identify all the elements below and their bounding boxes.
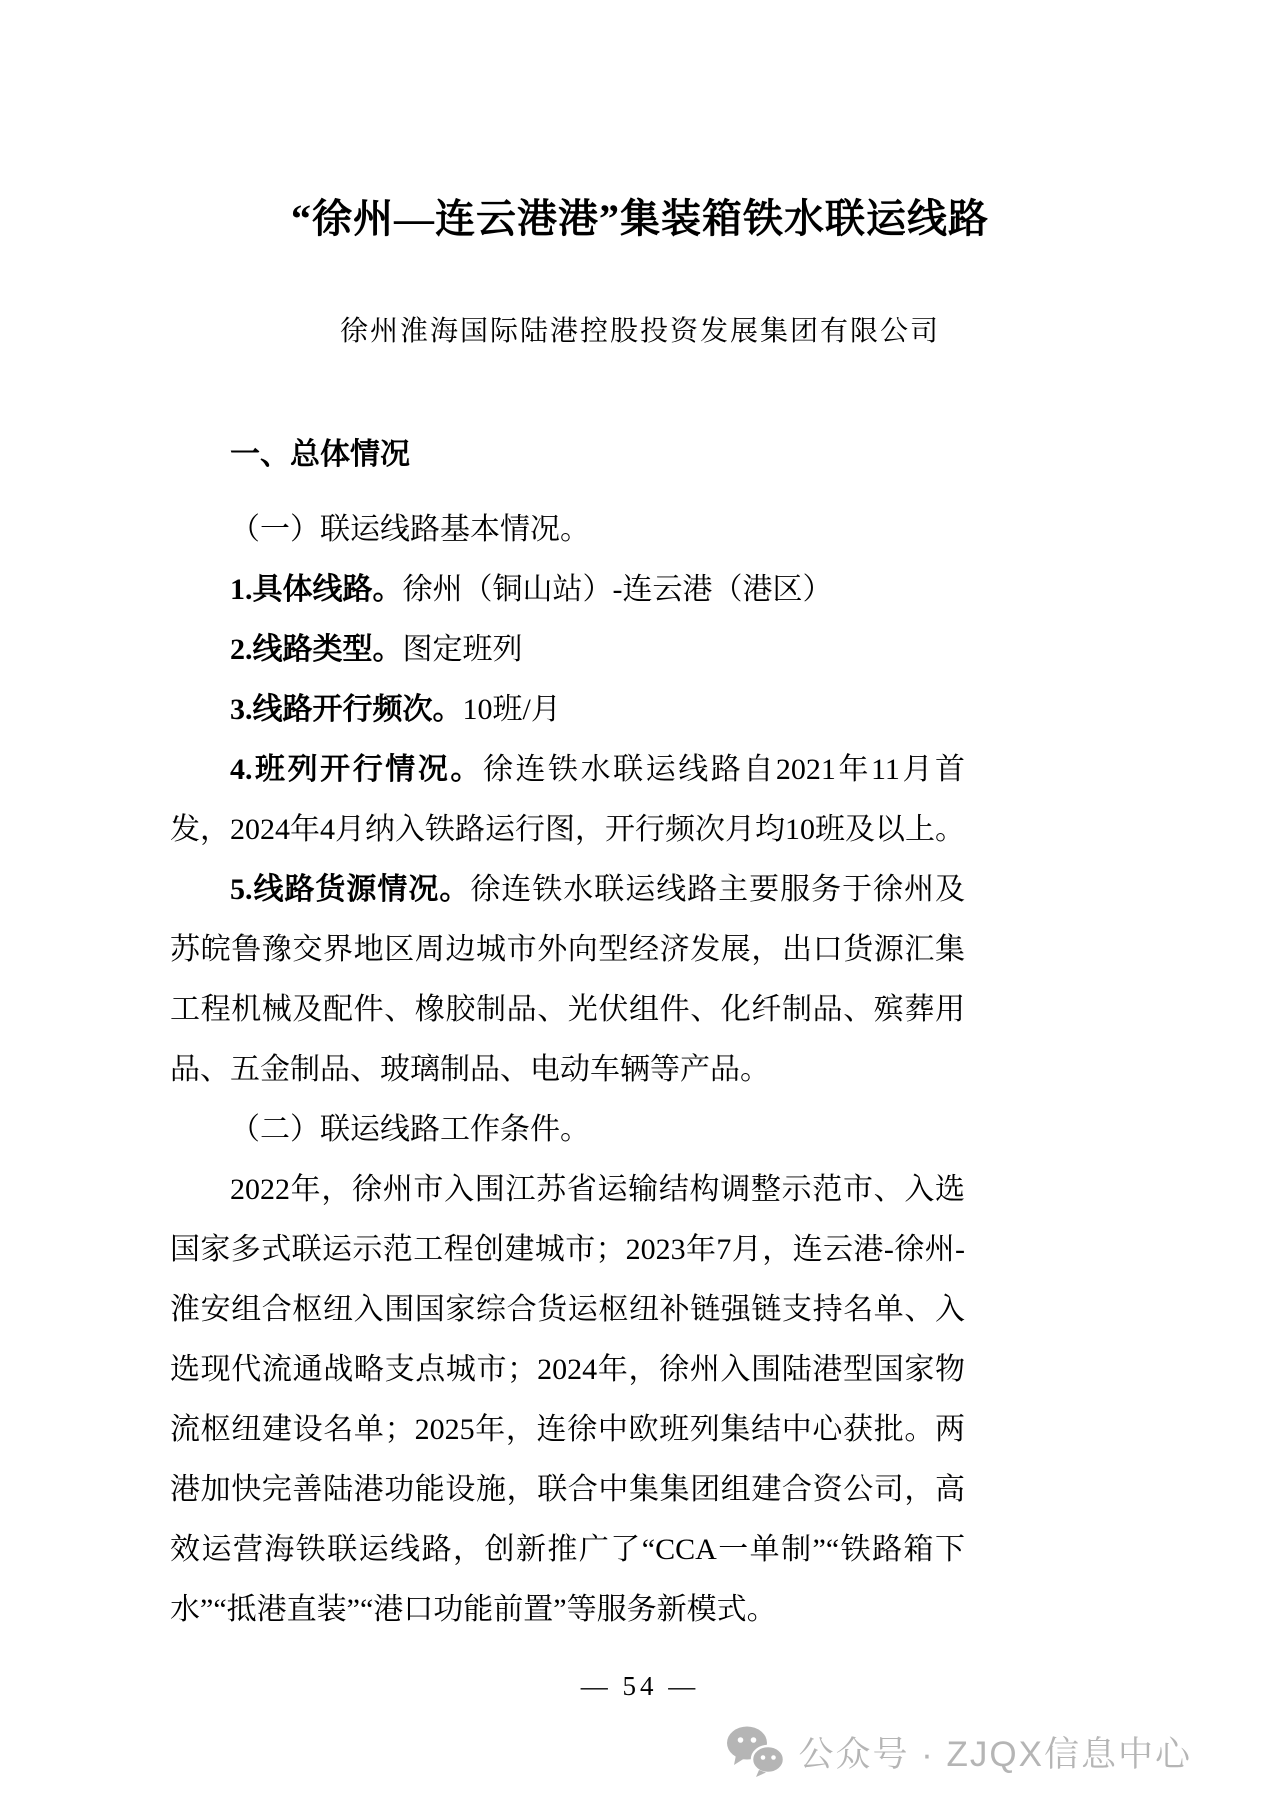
doc-body: 一、总体情况 （一）联运线路基本情况。 1.具体线路。徐州（铜山站）-连云港（港… — [170, 425, 965, 1640]
item-line-type-text: 图定班列 — [403, 633, 523, 666]
work-conditions-paragraph: 2022年，徐州市入围江苏省运输结构调整示范市、入选国家多式联运示范工程创建城市… — [170, 1160, 965, 1640]
item-frequency-text: 10班/月 — [463, 693, 561, 726]
item-operation-status-label: 4.班列开行情况。 — [230, 753, 483, 786]
subsection-2-heading: （二）联运线路工作条件。 — [170, 1100, 965, 1160]
watermark: 公众号 · ZJQX信息中心 — [726, 1726, 1192, 1778]
subsection-1-heading: （一）联运线路基本情况。 — [170, 500, 965, 560]
item-cargo-sources: 5.线路货源情况。徐连铁水联运线路主要服务于徐州及苏皖鲁豫交界地区周边城市外向型… — [170, 860, 965, 1100]
page-number: — 54 — — [0, 1662, 1280, 1710]
item-operation-status: 4.班列开行情况。徐连铁水联运线路自2021年11月首发，2024年4月纳入铁路… — [170, 740, 965, 860]
item-frequency: 3.线路开行频次。10班/月 — [170, 680, 965, 740]
doc-subtitle: 徐州淮海国际陆港控股投资发展集团有限公司 — [60, 315, 1220, 349]
watermark-text: 公众号 · ZJQX信息中心 — [798, 1727, 1192, 1777]
item-frequency-label: 3.线路开行频次。 — [230, 693, 463, 726]
item-route-label: 1.具体线路。 — [230, 573, 403, 606]
document-page: “徐州—连云港港”集装箱铁水联运线路 徐州淮海国际陆港控股投资发展集团有限公司 … — [0, 0, 1280, 1810]
item-line-type: 2.线路类型。图定班列 — [170, 620, 965, 680]
item-route: 1.具体线路。徐州（铜山站）-连云港（港区） — [170, 560, 965, 620]
item-cargo-sources-label: 5.线路货源情况。 — [230, 873, 470, 906]
item-line-type-label: 2.线路类型。 — [230, 633, 403, 666]
section-heading-overview: 一、总体情况 — [170, 425, 965, 485]
wechat-icon — [726, 1726, 786, 1778]
doc-title: “徐州—连云港港”集装箱铁水联运线路 — [60, 195, 1220, 243]
item-route-text: 徐州（铜山站）-连云港（港区） — [403, 573, 833, 606]
